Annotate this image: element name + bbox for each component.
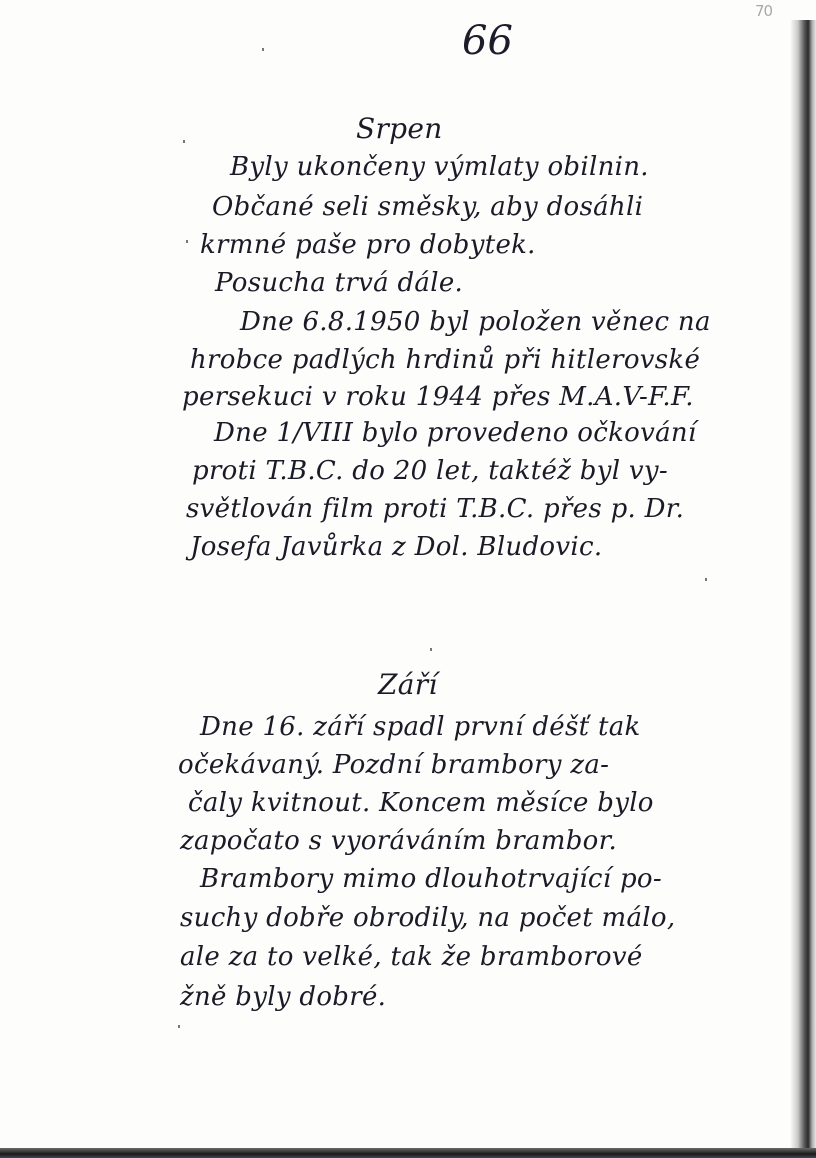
text-line: započato s vyoráváním brambor. — [180, 826, 617, 856]
text-line: Brambory mimo dlouhotrvající po- — [200, 864, 662, 894]
text-line: Dne 1/VIII bylo provedeno očkování — [214, 418, 697, 448]
archive-stamp-number: 70 — [755, 2, 772, 20]
text-line: hrobce padlých hrdinů při hitlerovské — [190, 345, 700, 375]
scan-speck — [705, 578, 707, 581]
section-heading-zari: Září — [378, 668, 438, 701]
text-line: Byly ukončeny výmlaty obilnin. — [230, 152, 649, 182]
text-line: persekuci v roku 1944 přes M.A.V-F.F. — [182, 382, 694, 412]
page-bottom-edge — [0, 1148, 816, 1158]
page-number: 66 — [462, 18, 513, 64]
text-line: ale za to velké, tak že bramborové — [180, 942, 643, 972]
text-line: proti T.B.C. do 20 let, taktéž byl vy- — [192, 456, 668, 486]
text-line: žně byly dobré. — [180, 982, 386, 1012]
text-line: čaly kvitnout. Koncem měsíce bylo — [188, 788, 654, 818]
scan-speck — [262, 48, 264, 51]
text-line: světlován film proti T.B.C. přes p. Dr. — [186, 494, 684, 524]
text-line: Dne 6.8.1950 byl položen věnec na — [240, 307, 711, 337]
scan-speck — [183, 140, 185, 143]
scan-speck — [186, 240, 188, 243]
text-line: očekávaný. Pozdní brambory za- — [178, 750, 609, 780]
handwritten-chronicle-page: 70 66 Srpen Byly ukončeny výmlaty obilni… — [0, 0, 816, 1158]
text-line: Občané seli směsky, aby dosáhli — [212, 192, 643, 222]
text-line: Posucha trvá dále. — [215, 268, 463, 298]
scan-speck — [178, 1025, 180, 1028]
text-line: Dne 16. září spadl první déšť tak — [200, 712, 641, 742]
text-line: krmné paše pro dobytek. — [200, 230, 536, 260]
text-line: suchy dobře obrodily, na počet málo, — [180, 903, 675, 933]
section-heading-srpen: Srpen — [356, 112, 443, 145]
book-binding-shadow — [790, 20, 816, 1158]
scan-speck — [430, 648, 432, 651]
text-line: Josefa Javůrka z Dol. Bludovic. — [190, 532, 602, 562]
